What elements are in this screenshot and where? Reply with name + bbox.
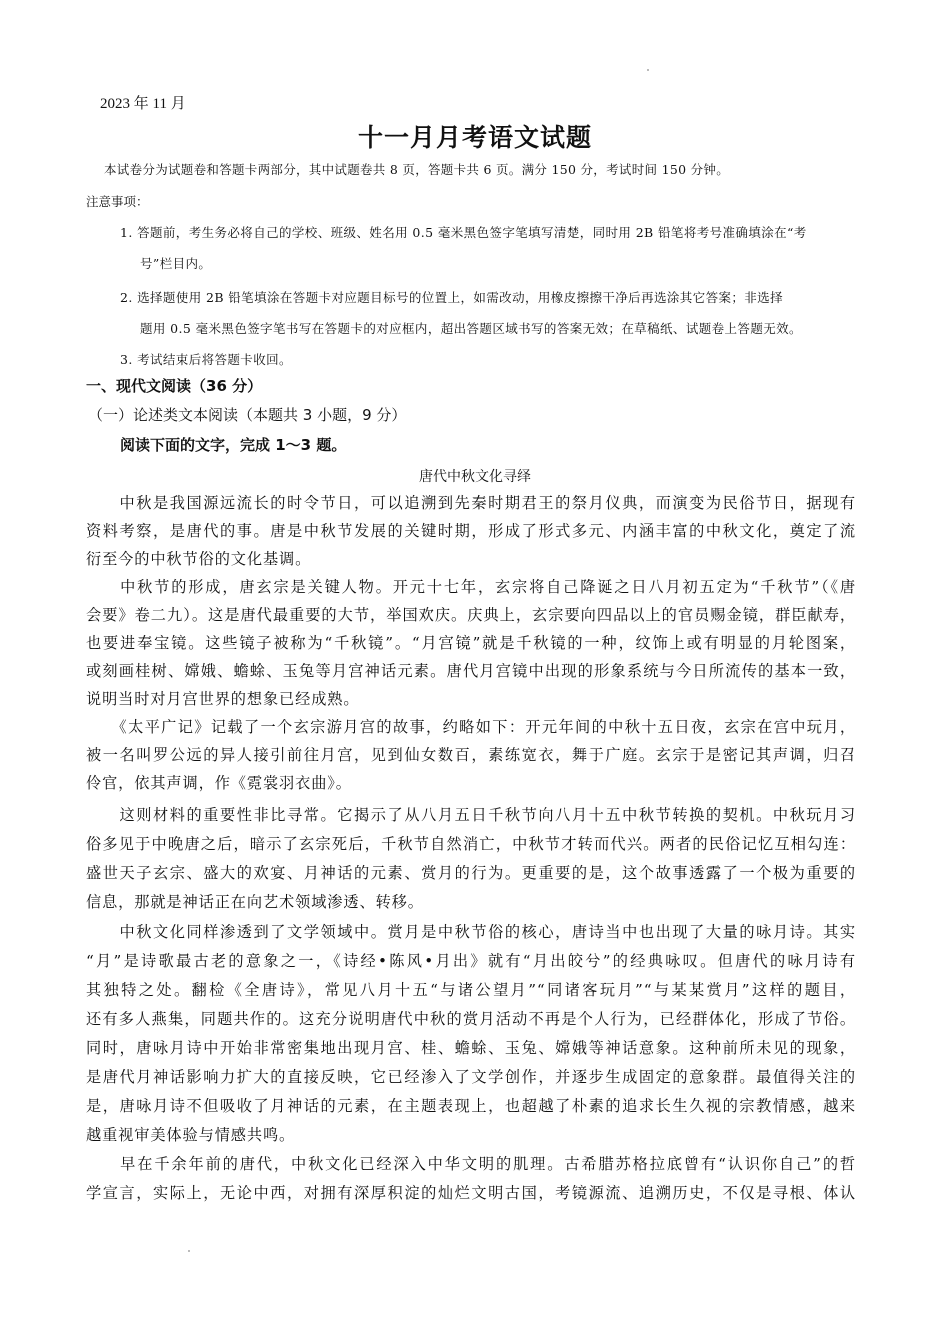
notice-item-3-line-1: 3. 考试结束后将答题卡收回。 bbox=[120, 350, 292, 368]
article-line: 盛世天子玄宗、盛大的欢宴、月神话的元素、赏月的行为。更重要的是，这个故事透露了一… bbox=[86, 862, 856, 884]
article-line: 信息，那就是神话正在向艺术领域渗透、转移。 bbox=[86, 891, 856, 912]
scan-speck bbox=[188, 1250, 190, 1252]
exam-page: 2023 年 11 月 十一月月考语文试题 本试卷分为试题卷和答题卡两部分，其中… bbox=[0, 0, 950, 1344]
article-line: 其独特之处。翻检《全唐诗》，常见八月十五“与诸公望月”“同诸客玩月”“与某某赏月… bbox=[86, 979, 856, 1001]
article-line: 伶官，依其声调，作《霓裳羽衣曲》。 bbox=[86, 772, 856, 793]
article-line: 同时，唐咏月诗中开始非常密集地出现月宫、桂、蟾蜍、玉兔、嫦娥等神话意象。这种前所… bbox=[86, 1037, 856, 1059]
article-line: 也要进奉宝镜。这些镜子被称为“千秋镜”。“月宫镜”就是千秋镜的一种，纹饰上或有明… bbox=[86, 632, 856, 654]
article-line: 中秋是我国源远流长的时令节日，可以追溯到先秦时期君王的祭月仪典，而演变为民俗节日… bbox=[86, 492, 856, 514]
article-line: 俗多见于中晚唐之后，暗示了玄宗死后，千秋节自然消亡，中秋节才转而代兴。两者的民俗… bbox=[86, 833, 856, 855]
article-line: 会要》卷二九）。这是唐代最重要的大节，举国欢庆。庆典上，玄宗要向四品以上的官员赐… bbox=[86, 604, 856, 626]
article-line: 还有多人燕集，同题共作的。这充分说明唐代中秋的赏月活动不再是个人行为，已经群体化… bbox=[86, 1008, 856, 1030]
exam-intro: 本试卷分为试题卷和答题卡两部分，其中试题卷共 8 页，答题卡共 6 页。满分 1… bbox=[104, 160, 729, 178]
article-line: 或刻画桂树、嫦娥、蟾蜍、玉兔等月宫神话元素。唐代月宫镜中出现的形象系统与今日所流… bbox=[86, 660, 856, 682]
article-line: 资料考察，是唐代的事。唐是中秋节发展的关键时期，形成了形式多元、内涵丰富的中秋文… bbox=[86, 520, 856, 542]
article-line: 学宣言，实际上，无论中西，对拥有深厚积淀的灿烂文明古国，考镜源流、追溯历史，不仅… bbox=[86, 1182, 856, 1204]
article-line: 说明当时对月宫世界的想象已经成熟。 bbox=[86, 688, 856, 709]
notice-item-1-line-1: 1. 答题前，考生务必将自己的学校、班级、姓名用 0.5 毫米黑色签字笔填写清楚… bbox=[120, 223, 807, 241]
reading-instruction: 阅读下面的文字，完成 1～3 题。 bbox=[120, 434, 346, 455]
scan-speck bbox=[647, 69, 649, 71]
subsection-heading: （一）论述类文本阅读（本题共 3 小题，9 分） bbox=[88, 404, 406, 425]
page-title: 十一月月考语文试题 bbox=[0, 118, 950, 154]
article-title: 唐代中秋文化寻绎 bbox=[0, 466, 950, 486]
exam-date: 2023 年 11 月 bbox=[100, 92, 186, 113]
article-line: 中秋节的形成，唐玄宗是关键人物。开元十七年，玄宗将自己降诞之日八月初五定为“千秋… bbox=[86, 576, 856, 598]
notice-heading: 注意事项： bbox=[86, 192, 149, 210]
article-line: 中秋文化同样渗透到了文学领域中。赏月是中秋节俗的核心，唐诗当中也出现了大量的咏月… bbox=[86, 921, 856, 943]
section-heading: 一、现代文阅读（36 分） bbox=[86, 375, 262, 396]
article-line: 《太平广记》记载了一个玄宗游月宫的故事，约略如下：开元年间的中秋十五日夜，玄宗在… bbox=[86, 716, 856, 738]
article-line: 是，唐咏月诗不但吸收了月神话的元素，在主题表现上，也超越了朴素的追求长生久视的宗… bbox=[86, 1095, 856, 1117]
notice-item-1-line-2: 号”栏目内。 bbox=[140, 254, 211, 272]
article-line: “月”是诗歌最古老的意象之一，《诗经•陈风•月出》就有“月出皎兮”的经典咏叹。但… bbox=[86, 950, 856, 972]
article-line: 这则材料的重要性非比寻常。它揭示了从八月五日千秋节向八月十五中秋节转换的契机。中… bbox=[86, 804, 856, 826]
notice-item-2-line-1: 2. 选择题使用 2B 铅笔填涂在答题卡对应题目标号的位置上，如需改动，用橡皮擦… bbox=[120, 288, 783, 306]
article-line: 是唐代月神话影响力扩大的直接反映，它已经渗入了文学创作，并逐步生成固定的意象群。… bbox=[86, 1066, 856, 1088]
article-line: 被一名叫罗公远的异人接引前往月宫，见到仙女数百，素练宽衣，舞于广庭。玄宗于是密记… bbox=[86, 744, 856, 766]
notice-item-2-line-2: 题用 0.5 毫米黑色签字笔书写在答题卡的对应框内，超出答题区域书写的答案无效；… bbox=[140, 319, 802, 337]
article-line: 衍至今的中秋节俗的文化基调。 bbox=[86, 548, 856, 569]
article-line: 越重视审美体验与情感共鸣。 bbox=[86, 1124, 856, 1145]
article-line: 早在千余年前的唐代，中秋文化已经深入中华文明的肌理。古希腊苏格拉底曾有“认识你自… bbox=[86, 1153, 856, 1175]
